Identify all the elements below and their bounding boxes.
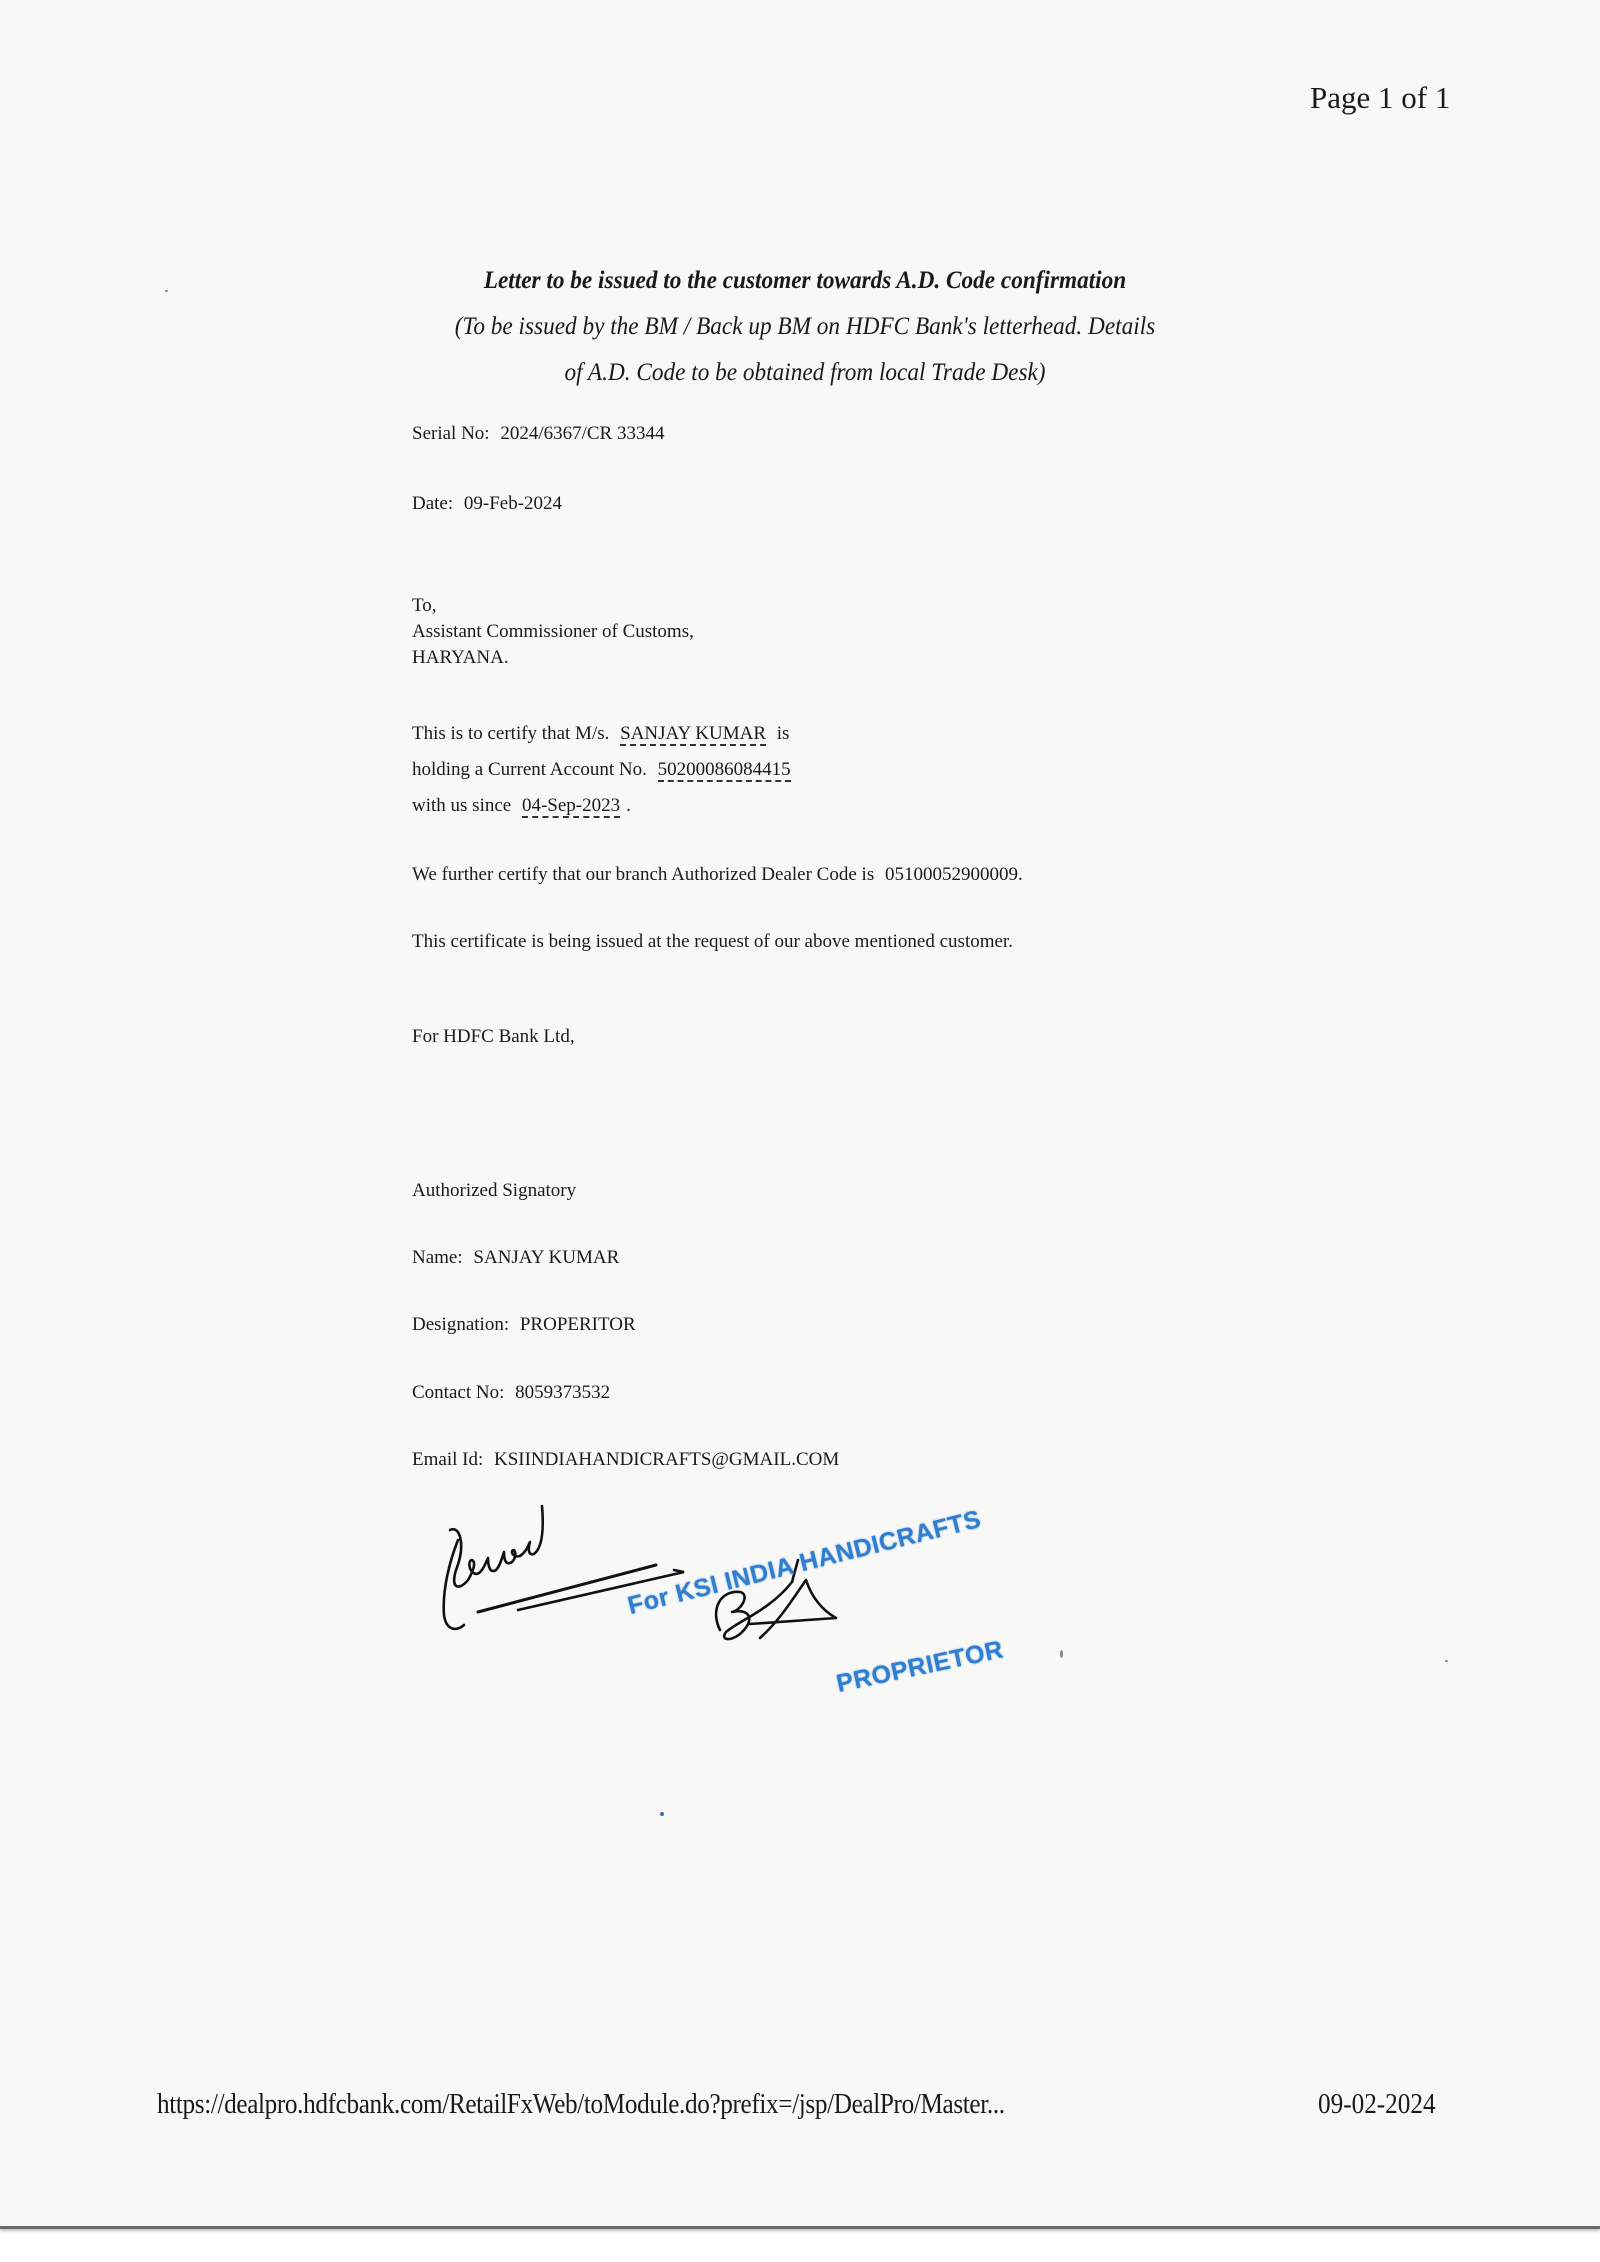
- received-handwriting-icon: [420, 1500, 1120, 1760]
- addressee-designation: Assistant Commissioner of Customs,: [412, 619, 694, 645]
- salutation: To,: [412, 593, 694, 619]
- letter-subtitle-line2: of A.D. Code to be obtained from local T…: [410, 350, 1201, 396]
- date-label: Date:: [412, 493, 453, 514]
- email-value: KSIINDIAHANDICRAFTS@GMAIL.COM: [494, 1449, 839, 1470]
- certify-line-1: This is to certify that M/s. SANJAY KUMA…: [412, 716, 797, 752]
- signatory-name-row: Name: SANJAY KUMAR: [412, 1245, 619, 1271]
- certify-prefix: This is to certify that M/s.: [412, 723, 609, 744]
- since-suffix: .: [626, 795, 631, 816]
- letter-heading: Letter to be issued to the customer towa…: [410, 258, 1201, 396]
- serial-value: 2024/6367/CR 33344: [500, 423, 664, 444]
- signatory-designation-row: Designation: PROPERITOR: [412, 1312, 636, 1338]
- footer-print-date: 09-02-2024: [1318, 2089, 1436, 2121]
- date-row: Date: 09-Feb-2024: [412, 491, 562, 517]
- ad-code-text: We further certify that our branch Autho…: [412, 864, 874, 885]
- scanned-letter-page: Page 1 of 1 Letter to be issued to the c…: [0, 0, 1600, 2229]
- addressee-block: To, Assistant Commissioner of Customs, H…: [412, 593, 694, 671]
- scan-speck: [660, 1812, 664, 1816]
- scan-speck: [165, 290, 168, 292]
- letter-subtitle-line1: (To be issued by the BM / Back up BM on …: [410, 304, 1201, 350]
- page-indicator: Page 1 of 1: [1310, 80, 1450, 116]
- request-statement: This certificate is being issued at the …: [412, 929, 1013, 955]
- serial-label: Serial No:: [412, 423, 490, 444]
- designation-label: Designation:: [412, 1314, 509, 1335]
- ad-code-statement: We further certify that our branch Autho…: [412, 862, 1023, 888]
- signature-and-stamp-area: For KSI INDIA HANDICRAFTS PROPRIETOR: [420, 1500, 1120, 1760]
- footer-source-url: https://dealpro.hdfcbank.com/RetailFxWeb…: [157, 2089, 1005, 2121]
- signatory-title: Authorized Signatory: [412, 1178, 576, 1204]
- certification-paragraph: This is to certify that M/s. SANJAY KUMA…: [412, 716, 797, 824]
- contact-label: Contact No:: [412, 1382, 504, 1403]
- scan-speck: [1060, 1650, 1063, 1658]
- closing-line: For HDFC Bank Ltd,: [412, 1024, 575, 1050]
- designation-value: PROPERITOR: [520, 1314, 636, 1335]
- account-prefix: holding a Current Account No.: [412, 759, 647, 780]
- since-prefix: with us since: [412, 795, 511, 816]
- addressee-location: HARYANA.: [412, 645, 694, 671]
- name-label: Name:: [412, 1247, 463, 1268]
- name-value: SANJAY KUMAR: [473, 1247, 619, 1268]
- email-label: Email Id:: [412, 1449, 483, 1470]
- letter-title: Letter to be issued to the customer towa…: [410, 258, 1201, 304]
- date-value: 09-Feb-2024: [464, 493, 562, 514]
- ad-code-value: 05100052900009.: [885, 864, 1023, 885]
- signatory-email-row: Email Id: KSIINDIAHANDICRAFTS@GMAIL.COM: [412, 1447, 839, 1473]
- customer-name: SANJAY KUMAR: [620, 723, 766, 746]
- serial-number-row: Serial No: 2024/6367/CR 33344: [412, 421, 664, 447]
- scan-speck: [1445, 1660, 1448, 1662]
- account-since-date: 04-Sep-2023: [522, 795, 620, 818]
- contact-value: 8059373532: [515, 1382, 610, 1403]
- account-number: 50200086084415: [658, 759, 791, 782]
- certify-line-2: holding a Current Account No. 5020008608…: [412, 752, 797, 788]
- signatory-contact-row: Contact No: 8059373532: [412, 1380, 610, 1406]
- certify-line-3: with us since 04-Sep-2023.: [412, 788, 797, 824]
- certify-suffix: is: [777, 723, 790, 744]
